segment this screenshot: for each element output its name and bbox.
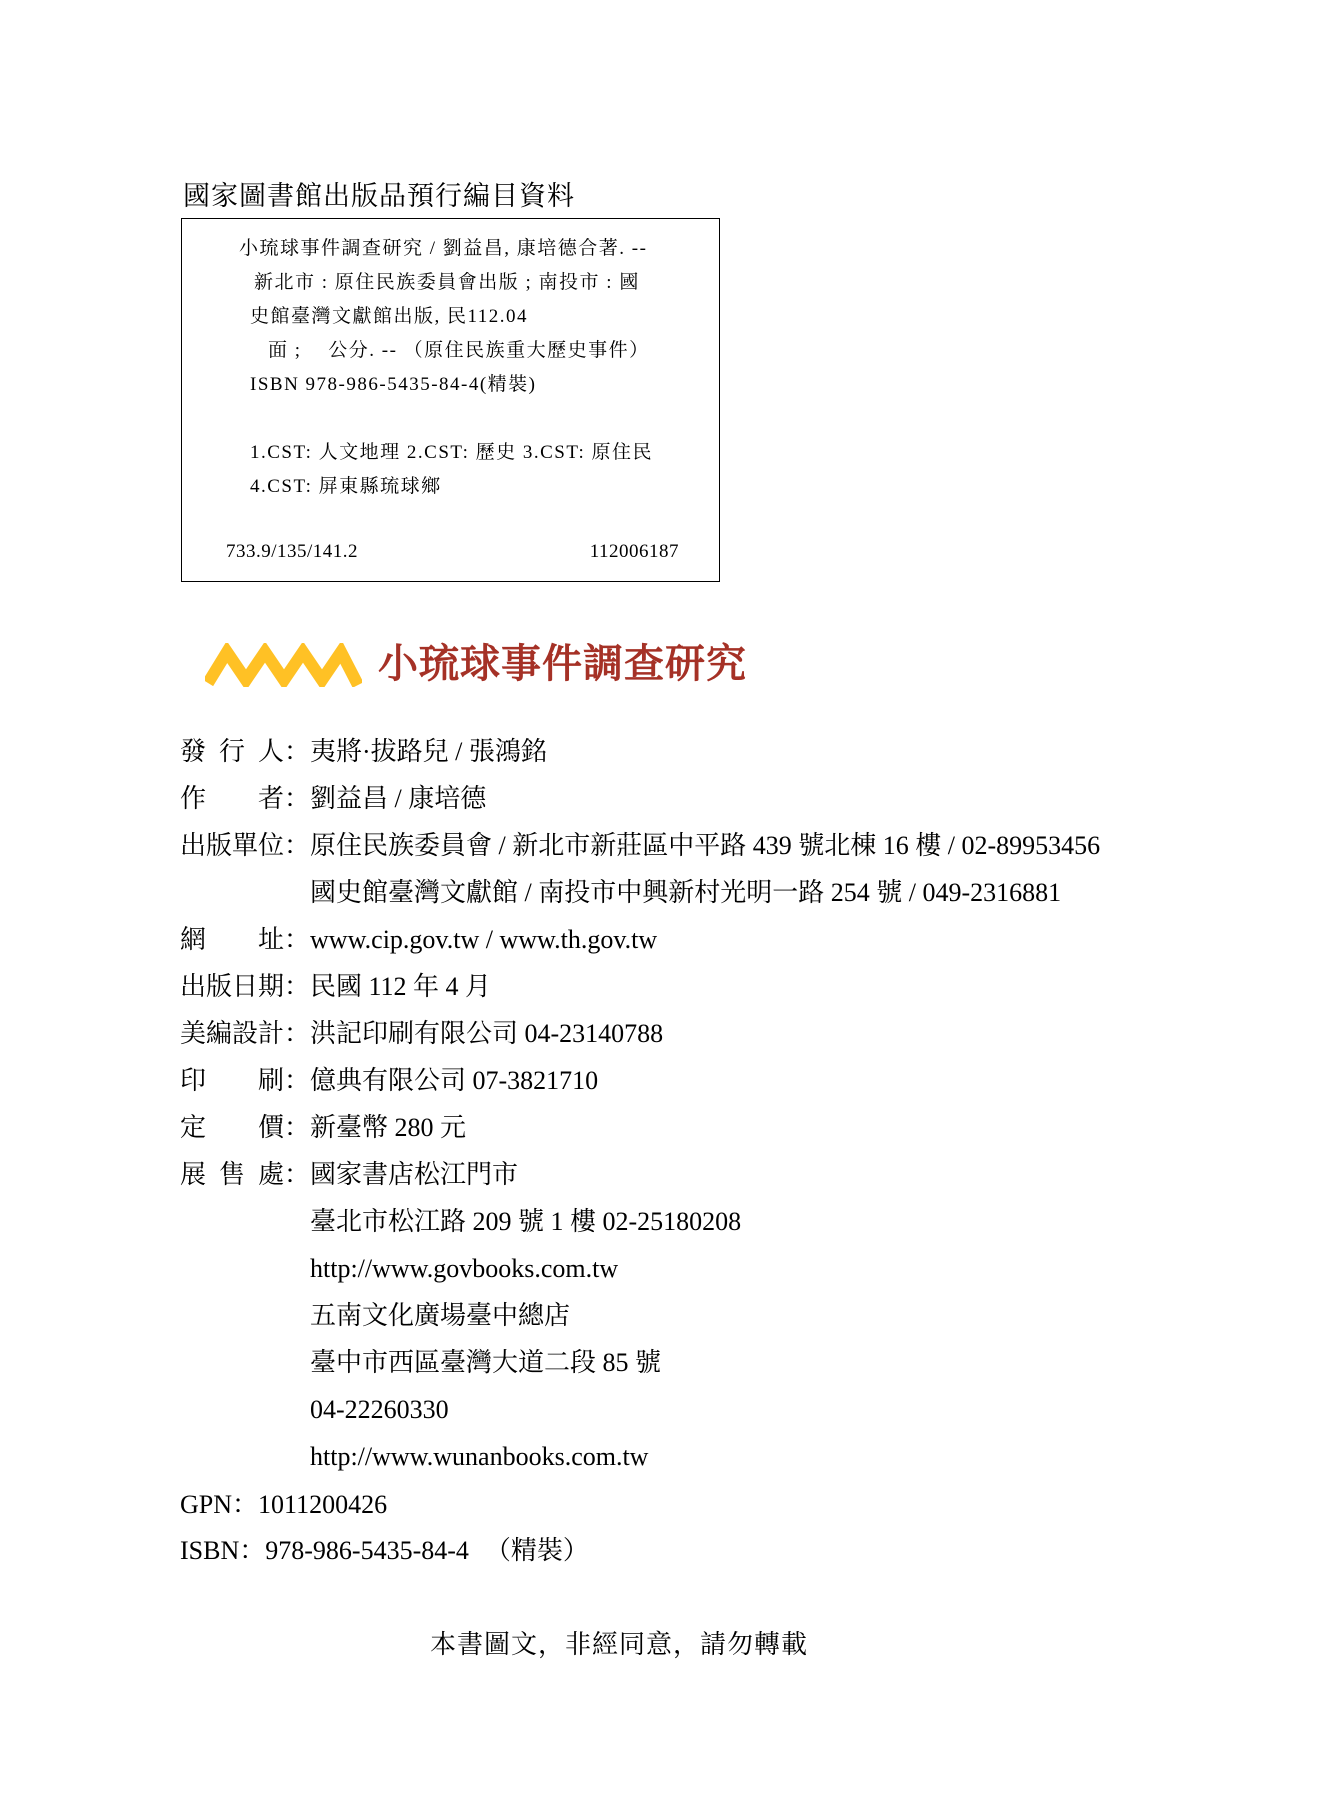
gpn-label: GPN — [180, 1490, 232, 1519]
info-label: 展售處 — [180, 1151, 284, 1198]
info-value: 億典有限公司 07-3821710 — [310, 1066, 598, 1095]
colon: ： — [284, 1113, 310, 1142]
cip-isbn-line: ISBN 978-986-5435-84-4(精裝) — [182, 368, 719, 402]
colon: ： — [284, 972, 310, 1001]
cip-line: 小琉球事件調查研究 / 劉益昌, 康培德合著. -- — [182, 232, 719, 266]
publication-info: 發行人：夷將·拔路兒 / 張鴻銘 作者：劉益昌 / 康培德 出版單位：原住民族委… — [180, 728, 1100, 1480]
cip-cst-line: 1.CST: 人文地理 2.CST: 歷史 3.CST: 原住民 — [182, 436, 719, 470]
info-value: 原住民族委員會 / 新北市新莊區中平路 439 號北棟 16 樓 / 02-89… — [310, 831, 1100, 860]
info-value: 夷將·拔路兒 / 張鴻銘 — [310, 737, 547, 766]
colon: ： — [284, 737, 310, 766]
retail-phone-taichung: 04-22260330 — [180, 1386, 1100, 1433]
info-row-retail: 展售處：國家書店松江門市 — [180, 1151, 1100, 1198]
cip-line: 面 ; 公分. -- （原住民族重大歷史事件） — [182, 334, 719, 368]
info-row-authors: 作者：劉益昌 / 康培德 — [180, 775, 1100, 822]
gpn-value: 1011200426 — [258, 1490, 387, 1519]
cip-heading: 國家圖書館出版品預行編目資料 — [183, 174, 575, 213]
info-label: 作者 — [180, 775, 284, 822]
isbn-value: 978-986-5435-84-4 — [265, 1536, 469, 1565]
info-row-website: 網址：www.cip.gov.tw / www.th.gov.tw — [180, 916, 1100, 963]
id-numbers: GPN：1011200426 ISBN：978-986-5435-84-4（精裝… — [180, 1482, 589, 1574]
retail-url-govbooks: http://www.govbooks.com.tw — [180, 1245, 1100, 1292]
isbn-row: ISBN：978-986-5435-84-4（精裝） — [180, 1528, 589, 1574]
retail-url-wunanbooks: http://www.wunanbooks.com.tw — [180, 1433, 1100, 1480]
retail-address-taichung: 臺中市西區臺灣大道二段 85 號 — [180, 1339, 1100, 1386]
colon: ： — [232, 1490, 258, 1519]
info-label: 美編設計 — [180, 1010, 284, 1057]
info-value: 劉益昌 / 康培德 — [310, 784, 486, 813]
retail-address-taipei: 臺北市松江路 209 號 1 樓 02-25180208 — [180, 1198, 1100, 1245]
info-label: 網址 — [180, 916, 284, 963]
info-row-publishing-unit-cont: 國史館臺灣文獻館 / 南投市中興新村光明一路 254 號 / 049-23168… — [180, 869, 1100, 916]
colon: ： — [284, 1019, 310, 1048]
info-label: 定價 — [180, 1104, 284, 1151]
info-row-printer: 印刷：億典有限公司 07-3821710 — [180, 1057, 1100, 1104]
info-row-price: 定價：新臺幣 280 元 — [180, 1104, 1100, 1151]
gpn-row: GPN：1011200426 — [180, 1482, 589, 1528]
cip-line: 史館臺灣文獻館出版, 民112.04 — [182, 300, 719, 334]
colophon-page: 國家圖書館出版品預行編目資料 小琉球事件調查研究 / 劉益昌, 康培德合著. -… — [0, 0, 1339, 1812]
colon: ： — [284, 925, 310, 954]
info-row-publish-date: 出版日期：民國 112 年 4 月 — [180, 963, 1100, 1010]
cip-box-bottom: 733.9/135/141.2 112006187 — [226, 535, 679, 569]
info-row-publisher-person: 發行人：夷將·拔路兒 / 張鴻銘 — [180, 728, 1100, 775]
info-value: 新臺幣 280 元 — [310, 1113, 466, 1142]
cip-call-number: 733.9/135/141.2 — [226, 535, 358, 569]
book-title: 小琉球事件調查研究 — [378, 632, 747, 689]
zigzag-logo-icon — [205, 643, 362, 687]
retail-store-wunan: 五南文化廣場臺中總店 — [180, 1292, 1100, 1339]
colon: ： — [284, 1160, 310, 1189]
copyright-note: 本書圖文，非經同意，請勿轉載 — [430, 1624, 808, 1661]
cip-cst-line: 4.CST: 屏東縣琉球鄉 — [182, 470, 719, 504]
cip-record-number: 112006187 — [590, 535, 679, 569]
info-label: 出版日期 — [180, 963, 284, 1010]
colon: ： — [239, 1536, 265, 1565]
info-row-design: 美編設計：洪記印刷有限公司 04-23140788 — [180, 1010, 1100, 1057]
isbn-binding: （精裝） — [485, 1536, 589, 1565]
cip-line: 新北市 : 原住民族委員會出版 ; 南投市 : 國 — [182, 266, 719, 300]
info-label: 印刷 — [180, 1057, 284, 1104]
info-value: 國家書店松江門市 — [310, 1160, 518, 1189]
info-label: 出版單位 — [180, 822, 284, 869]
colon: ： — [284, 784, 310, 813]
info-value: www.cip.gov.tw / www.th.gov.tw — [310, 925, 657, 954]
info-value: 洪記印刷有限公司 04-23140788 — [310, 1019, 663, 1048]
title-row: 小琉球事件調查研究 — [205, 632, 747, 689]
colon: ： — [284, 831, 310, 860]
info-value: 民國 112 年 4 月 — [310, 972, 491, 1001]
spacer — [182, 402, 719, 436]
info-label: 發行人 — [180, 728, 284, 775]
info-row-publishing-unit: 出版單位：原住民族委員會 / 新北市新莊區中平路 439 號北棟 16 樓 / … — [180, 822, 1100, 869]
colon: ： — [284, 1066, 310, 1095]
cip-catalog-box: 小琉球事件調查研究 / 劉益昌, 康培德合著. -- 新北市 : 原住民族委員會… — [181, 218, 720, 582]
isbn-label: ISBN — [180, 1536, 239, 1565]
